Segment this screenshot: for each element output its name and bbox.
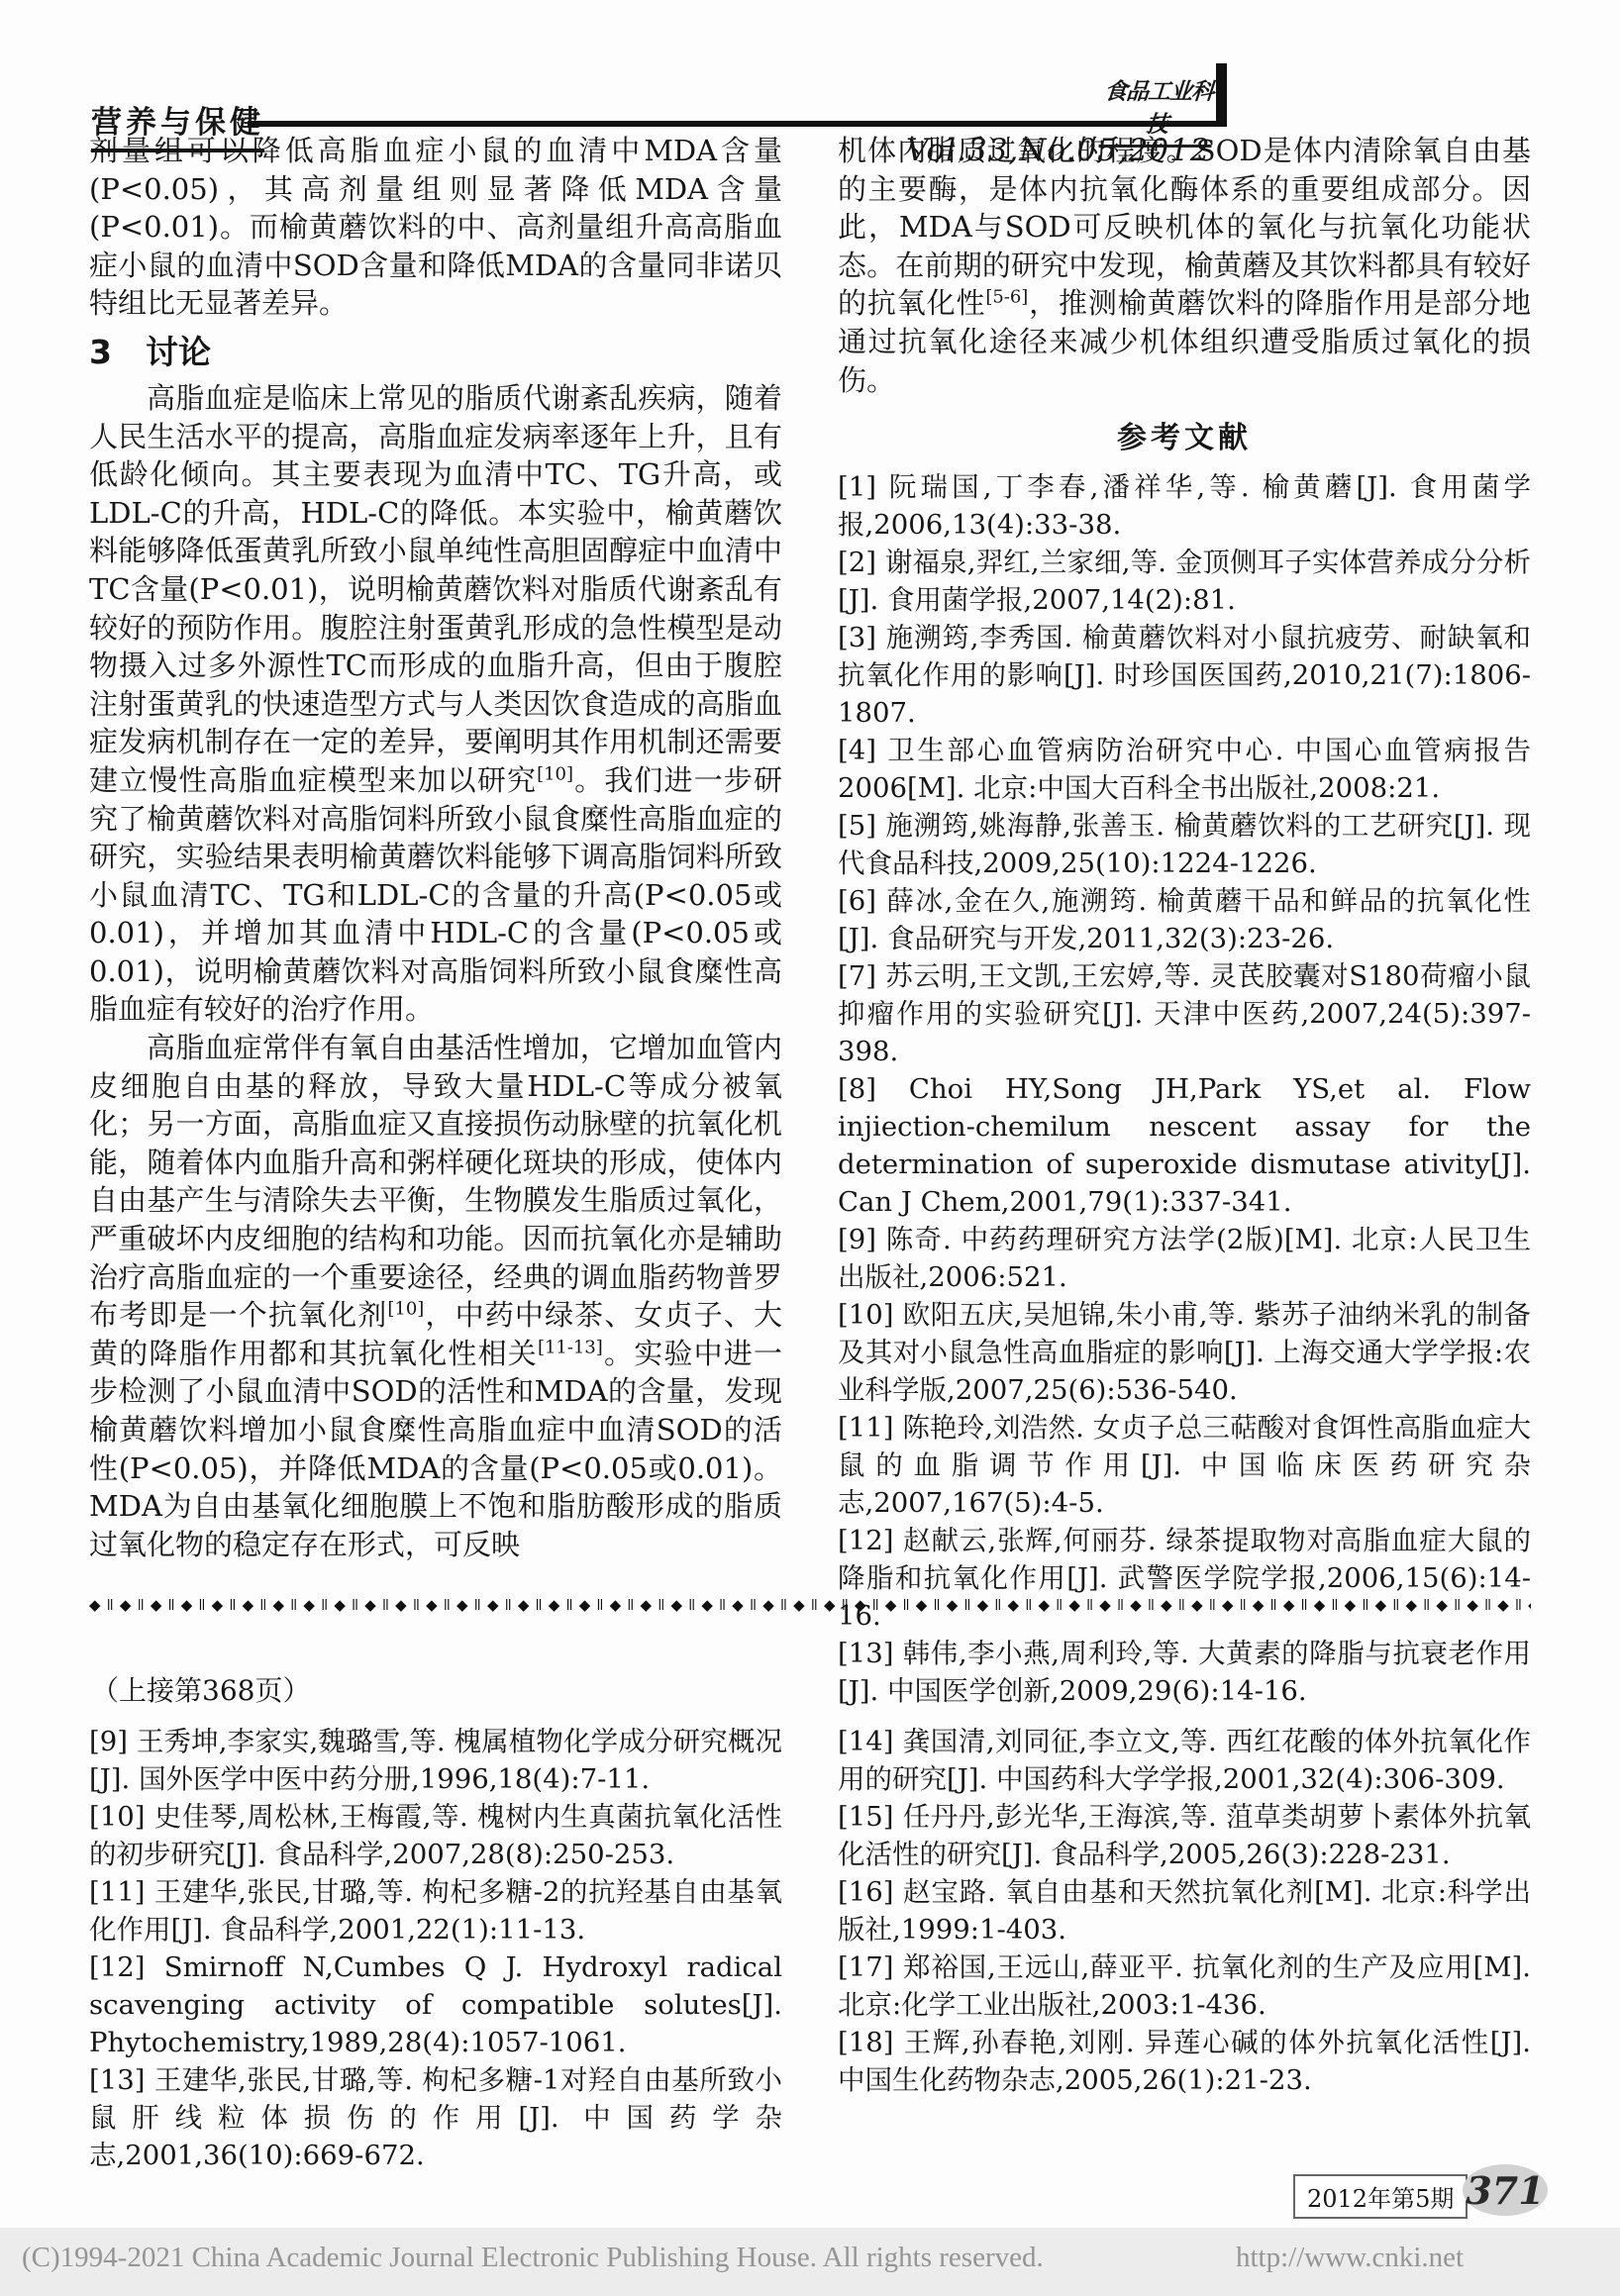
reference-item: [13] 韩伟,李小燕,周利玲,等. 大黄素的降脂与抗衰老作用[J]. 中国医学…	[838, 1635, 1531, 1710]
discussion-paragraph-2: 高脂血症常伴有氧自由基活性增加，它增加血管内皮细胞自由基的释放，导致大量HDL-…	[89, 1029, 782, 1563]
reference-item: [9] 王秀坤,李家实,魏璐雪,等. 槐属植物化学成分研究概况[J]. 国外医学…	[89, 1723, 782, 1798]
article-body: 剂量组可以降低高脂血症小鼠的血清中MDA含量(P<0.05)，其高剂量组则显著降…	[89, 132, 1531, 1710]
reference-item: [17] 郑裕国,王远山,薛亚平. 抗氧化剂的生产及应用[M]. 北京:化学工业…	[838, 1948, 1531, 2024]
reference-item: [10] 史佳琴,周松林,王梅霞,等. 槐树内生真菌抗氧化活性的初步研究[J].…	[89, 1798, 782, 1873]
continued-references: [9] 王秀坤,李家实,魏璐雪,等. 槐属植物化学成分研究概况[J]. 国外医学…	[89, 1723, 1531, 2174]
copyright-line: (C)1994-2021 China Academic Journal Elec…	[22, 2242, 1044, 2274]
references-list: [1] 阮瑞国,丁李春,潘祥华,等. 榆黄蘑[J]. 食用菌学报,2006,13…	[838, 468, 1531, 1710]
reference-item: [12] 赵献云,张辉,何丽芬. 绿茶提取物对高脂血症大鼠的降脂和抗氧化作用[J…	[838, 1522, 1531, 1635]
continued-right-column: [14] 龚国清,刘同征,李立文,等. 西红花酸的体外抗氧化作用的研究[J]. …	[838, 1723, 1531, 2174]
reference-item: [8] Choi HY,Song JH,Park YS,et al. Flow …	[838, 1070, 1531, 1221]
continued-from-note: （上接第368页）	[91, 1669, 310, 1709]
reference-item: [15] 任丹丹,彭光华,王海滨,等. 菹草类胡萝卜素体外抗氧化活性的研究[J]…	[838, 1798, 1531, 1873]
scanned-paper-page: 营养与保健 食品工业科技 Vol.33,No.05,2012 剂量组可以降低高脂…	[0, 0, 1620, 2296]
reference-item: [11] 陈艳玲,刘浩然. 女贞子总三萜酸对食饵性高脂血症大鼠的血脂调节作用[J…	[838, 1409, 1531, 1522]
reference-item: [18] 王辉,孙春艳,刘刚. 异莲心碱的体外抗氧化活性[J]. 中国生化药物杂…	[838, 2024, 1531, 2099]
reference-item: [6] 薛冰,金在久,施溯筠. 榆黄蘑干品和鲜品的抗氧化性[J]. 食品研究与开…	[838, 882, 1531, 957]
issue-label: 2012年第5期	[1293, 2174, 1468, 2219]
heading-label: 讨论	[146, 333, 211, 371]
right-column: 机体内脂质过氧化的程度。SOD是体内清除氧自由基的主要酶，是体内抗氧化酶体系的重…	[838, 132, 1531, 1710]
logo-bar-decoration	[1216, 63, 1227, 127]
heading-number: 3	[89, 333, 112, 371]
diamond-divider: ◆ǁ◆ǁ◆ǁ◆ǁ◆ǁ◆ǁ◆ǁ◆ǁ◆ǁ◆ǁ◆ǁ◆ǁ◆ǁ◆ǁ◆ǁ◆ǁ◆ǁ◆ǁ◆ǁ◆ǁ…	[89, 1596, 1531, 1614]
reference-item: [12] Smirnoff N,Cumbes Q J. Hydroxyl rad…	[89, 1948, 782, 2061]
reference-item: [5] 施溯筠,姚海静,张善玉. 榆黄蘑饮料的工艺研究[J]. 现代食品科技,2…	[838, 807, 1531, 882]
reference-item: [14] 龚国清,刘同征,李立文,等. 西红花酸的体外抗氧化作用的研究[J]. …	[838, 1723, 1531, 1798]
references-heading: 参考文献	[838, 413, 1531, 456]
reference-item: [2] 谢福泉,羿红,兰家细,等. 金顶侧耳子实体营养成分分析[J]. 食用菌学…	[838, 544, 1531, 619]
discussion-heading: 3讨论	[89, 327, 782, 373]
reference-item: [4] 卫生部心血管病防治研究中心. 中国心血管病报告2006[M]. 北京:中…	[838, 732, 1531, 807]
left-column: 剂量组可以降低高脂血症小鼠的血清中MDA含量(P<0.05)，其高剂量组则显著降…	[89, 132, 782, 1710]
reference-item: [1] 阮瑞国,丁李春,潘祥华,等. 榆黄蘑[J]. 食用菌学报,2006,13…	[838, 468, 1531, 544]
reference-item: [11] 王建华,张民,甘璐,等. 枸杞多糖-2的抗羟基自由基氧化作用[J]. …	[89, 1873, 782, 1948]
paragraph-continued-right: 机体内脂质过氧化的程度。SOD是体内清除氧自由基的主要酶，是体内抗氧化酶体系的重…	[838, 132, 1531, 399]
reference-item: [7] 苏云明,王文凯,王宏婷,等. 灵芪胶囊对S180荷瘤小鼠抑瘤作用的实验研…	[838, 957, 1531, 1070]
reference-item: [10] 欧阳五庆,吴旭锦,朱小甫,等. 紫苏子油纳米乳的制备及其对小鼠急性高血…	[838, 1296, 1531, 1409]
reference-item: [16] 赵宝路. 氧自由基和天然抗氧化剂[M]. 北京:科学出版社,1999:…	[838, 1873, 1531, 1948]
reference-item: [3] 施溯筠,李秀国. 榆黄蘑饮料对小鼠抗疲劳、耐缺氧和抗氧化作用的影响[J]…	[838, 619, 1531, 732]
cnki-url: http://www.cnki.net	[1236, 2242, 1464, 2274]
reference-item: [13] 王建华,张民,甘璐,等. 枸杞多糖-1对羟自由基所致小鼠肝线粒体损伤的…	[89, 2061, 782, 2174]
discussion-paragraph-1: 高脂血症是临床上常见的脂质代谢紊乱疾病，随着人民生活水平的提高，高脂血症发病率逐…	[89, 379, 782, 1029]
page-number-badge: 371	[1463, 2164, 1548, 2216]
continued-left-column: [9] 王秀坤,李家实,魏璐雪,等. 槐属植物化学成分研究概况[J]. 国外医学…	[89, 1723, 782, 2174]
header-rule	[248, 121, 1226, 127]
reference-item: [9] 陈奇. 中药药理研究方法学(2版)[M]. 北京:人民卫生出版社,200…	[838, 1221, 1531, 1296]
paragraph-continued: 剂量组可以降低高脂血症小鼠的血清中MDA含量(P<0.05)，其高剂量组则显著降…	[89, 132, 782, 323]
